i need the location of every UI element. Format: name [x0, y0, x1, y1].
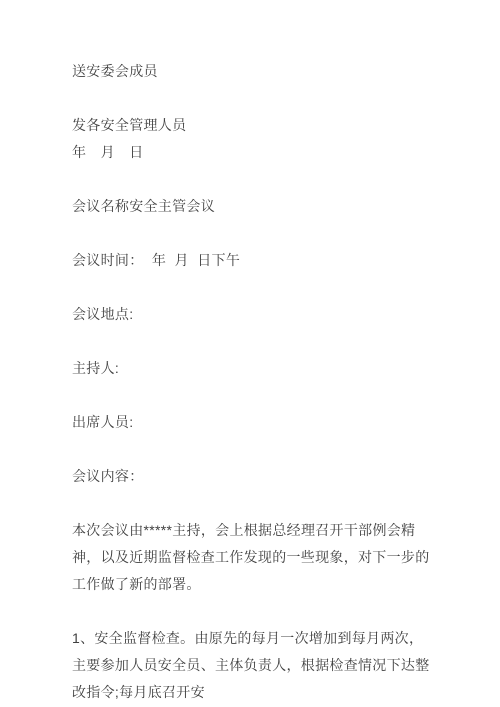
doc-paragraph-meeting-summary: 本次会议由*****主持，会上根据总经理召开干部例会精神，以及近期监督检查工作发…: [72, 517, 432, 598]
doc-line-date: 年 月 日: [72, 139, 432, 166]
doc-paragraph-inspection-item: 1、安全监督检查。由原先的每月一次增加到每月两次，主要参加人员安全员、主体负责人…: [72, 625, 432, 706]
doc-line-attendees: 出席人员:: [72, 409, 432, 436]
doc-line-distribution: 发各安全管理人员: [72, 112, 432, 139]
doc-line-content-label: 会议内容：: [72, 463, 432, 490]
doc-line-meeting-name: 会议名称安全主管会议: [72, 193, 432, 220]
doc-line-meeting-time: 会议时间： 年 月 日下午: [72, 247, 432, 274]
doc-line-recipients: 送安委会成员: [72, 58, 432, 85]
doc-line-meeting-place: 会议地点:: [72, 301, 432, 328]
doc-line-host: 主持人:: [72, 355, 432, 382]
document-page: 送安委会成员 发各安全管理人员 年 月 日 会议名称安全主管会议 会议时间： 年…: [0, 0, 500, 707]
